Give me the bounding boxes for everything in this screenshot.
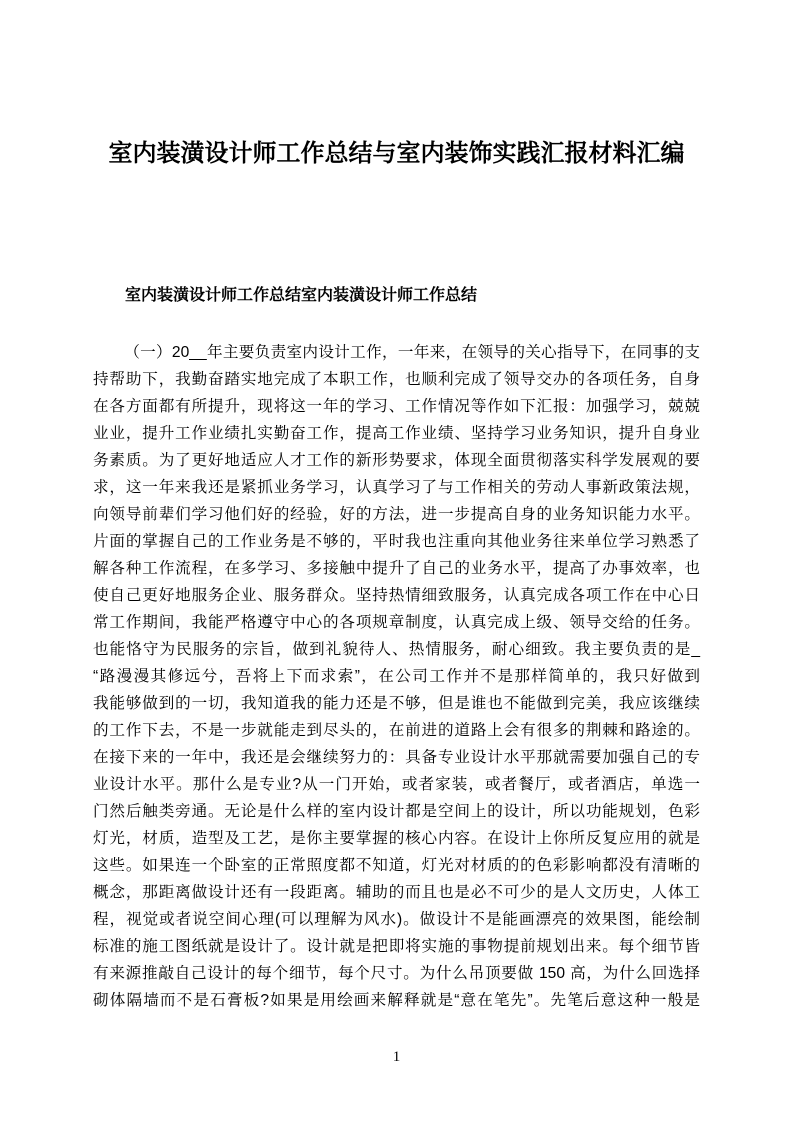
body-text-line: 向领导前辈们学习他们好的经验，好的方法，进一步提高自身的业务知识能力水平。	[93, 501, 700, 528]
body-text-line: 常工作期间，我能严格遵守中心的各项规章制度，认真完成上级、领导交给的任务。	[93, 609, 700, 636]
body-text-line: “路漫漫其修远兮，吾将上下而求索”，在公司工作并不是那样简单的，我只好做到	[93, 663, 700, 690]
body-text-line: 概念，那距离做设计还有一段距离。辅助的而且也是必不可少的是人文历史，人体工	[93, 879, 700, 906]
body-text-line: 在各方面都有所提升，现将这一年的学习、工作情况等作如下汇报：加强学习，兢兢	[93, 393, 700, 420]
body-text-line: 解各种工作流程，在多学习、多接触中提升了自己的业务水平，提高了办事效率，也	[93, 555, 700, 582]
document-body-paragraph: （一）20__年主要负责室内设计工作，一年来，在领导的关心指导下，在同事的支持帮…	[93, 339, 700, 1014]
document-page: 室内装潢设计师工作总结与室内装饰实践汇报材料汇编 室内装潢设计师工作总结室内装潢…	[0, 0, 793, 1122]
body-text-line: 程，视觉或者说空间心理(可以理解为风水)。做设计不是能画漂亮的效果图，能绘制	[93, 906, 700, 933]
page-number: 1	[393, 1049, 401, 1065]
body-text-line: 的工作下去，不是一步就能走到尽头的，在前进的道路上会有很多的荆棘和路途的。	[93, 717, 700, 744]
body-text-line: 砌体隔墙而不是石膏板?如果是用绘画来解释就是“意在笔先”。先笔后意这种一般是	[93, 987, 700, 1014]
body-text-line: 片面的掌握自己的工作业务是不够的，平时我也注重向其他业务往来单位学习熟悉了	[93, 528, 700, 555]
section-heading: 室内装潢设计师工作总结室内装潢设计师工作总结	[93, 286, 700, 306]
body-text-line: 务素质。为了更好地适应人才工作的新形势要求，体现全面贯彻落实科学发展观的要	[93, 447, 700, 474]
body-text-line: 这些。如果连一个卧室的正常照度都不知道，灯光对材质的的色彩影响都没有清晰的	[93, 852, 700, 879]
body-text-line: 灯光，材质，造型及工艺，是你主要掌握的核心内容。在设计上你所反复应用的就是	[93, 825, 700, 852]
body-text-line: 业业，提升工作业绩扎实勤奋工作，提高工作业绩、坚持学习业务知识，提升自身业	[93, 420, 700, 447]
body-text-line: 有来源推敲自己设计的每个细节，每个尺寸。为什么吊顶要做 150 高，为什么回选择	[93, 960, 700, 987]
body-text-line: 求，这一年来我还是紧抓业务学习，认真学习了与工作相关的劳动人事新政策法规，	[93, 474, 700, 501]
page-footer: 1	[0, 1048, 793, 1066]
body-text-line: 在接下来的一年中，我还是会继续努力的：具备专业设计水平那就需要加强自己的专	[93, 744, 700, 771]
body-text-line: 业设计水平。那什么是专业?从一门开始，或者家装，或者餐厅，或者酒店，单选一	[93, 771, 700, 798]
body-text-line: （一）20__年主要负责室内设计工作，一年来，在领导的关心指导下，在同事的支	[93, 339, 700, 366]
body-text-line: 持帮助下，我勤奋踏实地完成了本职工作，也顺利完成了领导交办的各项任务，自身	[93, 366, 700, 393]
body-text-line: 标准的施工图纸就是设计了。设计就是把即将实施的事物提前规划出来。每个细节皆	[93, 933, 700, 960]
body-text-line: 也能恪守为民服务的宗旨，做到礼貌待人、热情服务，耐心细致。我主要负责的是_	[93, 636, 700, 663]
body-text-line: 门然后触类旁通。无论是什么样的室内设计都是空间上的设计，所以功能规划，色彩	[93, 798, 700, 825]
document-title: 室内装潢设计师工作总结与室内装饰实践汇报材料汇编	[93, 140, 700, 168]
body-text-line: 使自己更好地服务企业、服务群众。坚持热情细致服务，认真完成各项工作在中心日	[93, 582, 700, 609]
body-text-line: 我能够做到的一切，我知道我的能力还是不够，但是谁也不能做到完美，我应该继续	[93, 690, 700, 717]
